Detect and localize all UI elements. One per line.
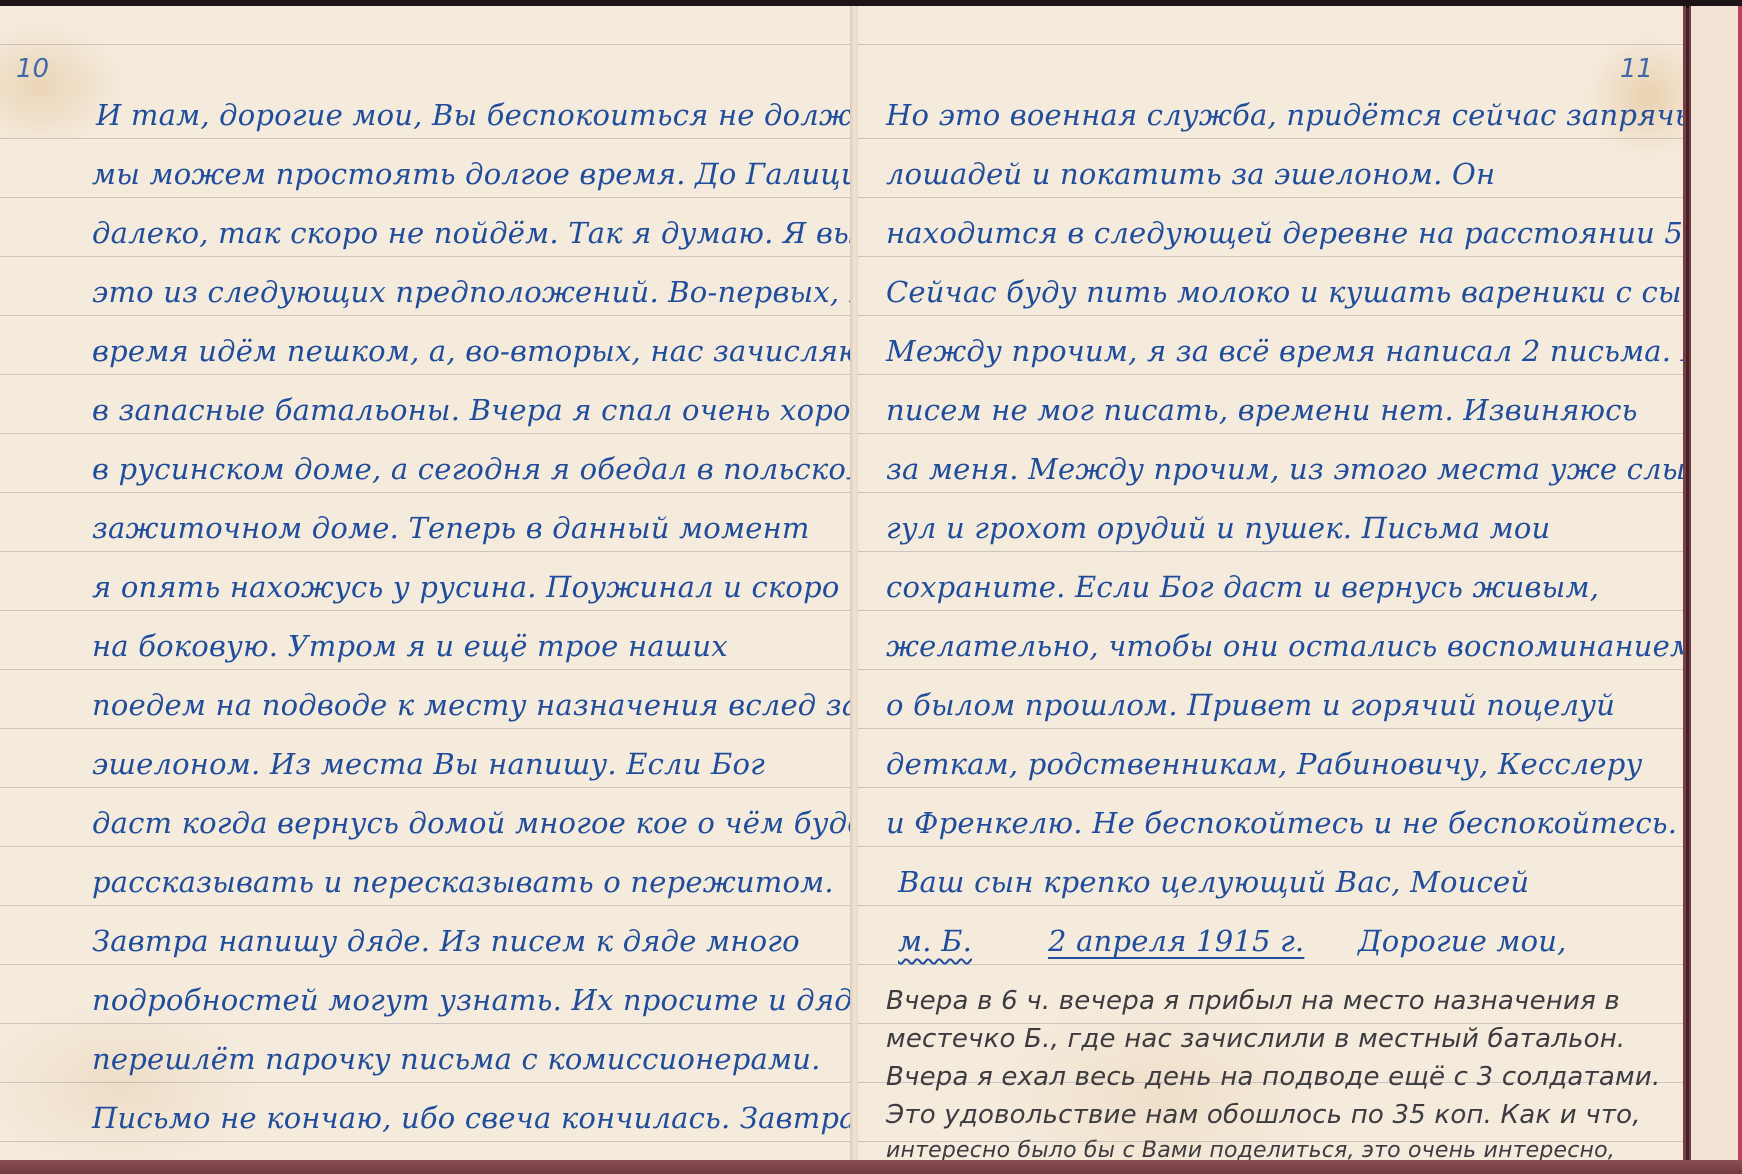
pencil-line: интересно было бы с Вами поделиться, это… — [886, 1138, 1615, 1162]
text-line: Письмо не кончаю, ибо свеча кончилась. З… — [92, 1101, 852, 1135]
page-number: 10 — [16, 54, 49, 84]
text-line: время идём пешком, а, во-вторых, нас зач… — [92, 334, 852, 368]
notebook-bottom-edge — [0, 1160, 1742, 1174]
text-line: Завтра напишу дяде. Из писем к дяде мног… — [92, 924, 800, 958]
text-line: это из следующих предположений. Во-первы… — [92, 275, 852, 309]
text-line: гул и грохот орудий и пушек. Письма мои — [886, 511, 1550, 545]
text-line: Сейчас буду пить молоко и кушать вареник… — [886, 275, 1686, 309]
text-line: и Френкелю. Не беспокойтесь и не беспоко… — [886, 806, 1677, 840]
signature-line: Ваш сын крепко целующий Вас, Моисей — [898, 865, 1529, 899]
text-line: поедем на подводе к месту назначения всл… — [92, 688, 852, 722]
text-line: в русинском доме, а сегодня я обедал в п… — [92, 452, 852, 486]
left-page: 10 И там, дорогие мои, Вы беспокоиться н… — [0, 6, 852, 1162]
right-page: 11 Но это военная служба, придётся сейча… — [858, 6, 1686, 1162]
text-line: желательно, чтобы они остались воспомина… — [886, 629, 1686, 663]
pencil-line: Это удовольствие нам обошлось по 35 коп.… — [886, 1100, 1641, 1130]
text-line: лошадей и покатить за эшелоном. Он — [886, 157, 1495, 191]
text-line: далеко, так скоро не пойдём. Так я думаю… — [92, 216, 852, 250]
text-line: И там, дорогие мои, Вы беспокоиться не д… — [96, 98, 852, 132]
pencil-line: местечко Б., где нас зачислили в местный… — [886, 1024, 1625, 1054]
text-line: о былом прошлом. Привет и горячий поцелу… — [886, 688, 1615, 722]
text-line: писем не мог писать, времени нет. Извиня… — [886, 393, 1638, 427]
text-line: на боковую. Утром я и ещё трое наших — [92, 629, 728, 663]
text-line: в запасные батальоны. Вчера я спал очень… — [92, 393, 852, 427]
text-line: зажиточном доме. Теперь в данный момент — [92, 511, 810, 545]
text-line: Но это военная служба, придётся сейчас з… — [886, 98, 1686, 132]
text-line: рассказывать и пересказывать о пережитом… — [92, 865, 834, 899]
text-line: деткам, родственникам, Рабиновичу, Кессл… — [886, 747, 1643, 781]
text-line: перешлёт парочку письма с комиссионерами… — [92, 1042, 821, 1076]
salutation: Дорогие мои, — [1358, 924, 1567, 958]
notebook-spread: 10 И там, дорогие мои, Вы беспокоиться н… — [0, 0, 1742, 1174]
pencil-line: Вчера я ехал весь день на подводе ещё с … — [886, 1062, 1660, 1092]
text-line: подробностей могут узнать. Их просите и … — [92, 983, 852, 1017]
page-number: 11 — [1620, 54, 1653, 84]
cover-binding-strip — [1738, 6, 1742, 1162]
text-line: находится в следующей деревне на расстоя… — [886, 216, 1686, 250]
text-line: я опять нахожусь у русина. Поужинал и ск… — [92, 570, 840, 604]
text-line: мы можем простоять долгое время. До Гали… — [92, 157, 852, 191]
pencil-line: Вчера в 6 ч. вечера я прибыл на место на… — [886, 986, 1620, 1016]
text-line: Между прочим, я за всё время написал 2 п… — [886, 334, 1686, 368]
text-line: даст когда вернусь домой многое кое о чё… — [92, 806, 852, 840]
notebook-cover-edge — [1689, 6, 1742, 1162]
text-line: за меня. Между прочим, из этого места уж… — [886, 452, 1686, 486]
text-line: сохраните. Если Бог даст и вернусь живым… — [886, 570, 1599, 604]
dateline-place: м. Б. — [898, 924, 972, 958]
dateline-date: 2 апреля 1915 г. — [1048, 924, 1304, 958]
text-line: эшелоном. Из места Вы напишу. Если Бог — [92, 747, 765, 781]
